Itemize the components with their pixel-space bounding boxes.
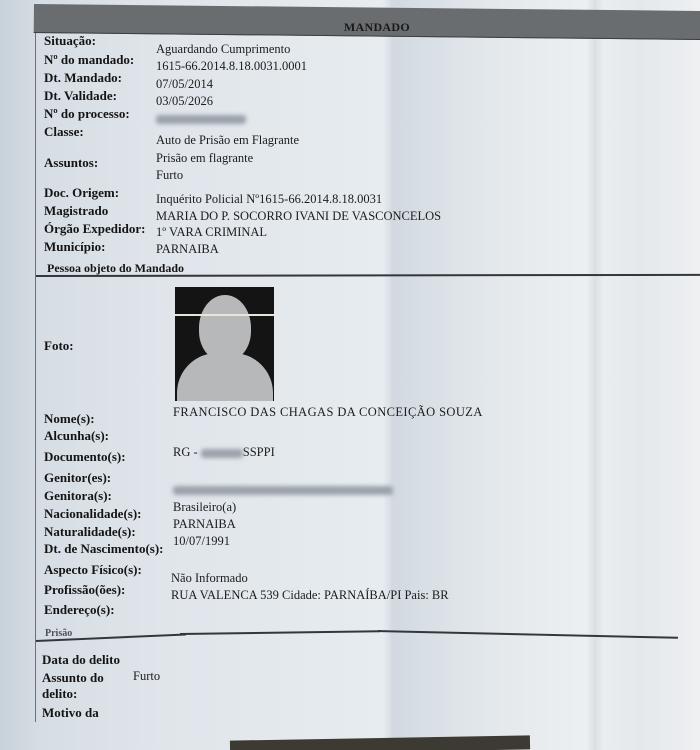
value-nome: FRANCISCO DAS CHAGAS DA CONCEIÇÃO SOUZA [173,405,483,420]
label-classe: Classe: [44,124,84,140]
value-numero-processo-redacted [156,111,246,126]
person-silhouette-icon [175,287,274,401]
label-profissao: Profissão(ões): [44,582,125,598]
documento-suffix: SSPPI [243,445,275,459]
label-motivo: Motivo da [42,705,99,721]
section-title-prisao: Prisão [45,628,72,636]
label-numero-processo: Nº do processo: [44,106,130,122]
label-foto: Foto: [44,338,74,354]
value-assunto-1: Prisão em flagrante [156,151,253,166]
label-documento: Documento(s): [44,449,126,465]
value-naturalidade: PARNAIBA [173,517,236,532]
label-doc-origem: Doc. Origem: [44,185,119,201]
value-nacionalidade: Brasileiro(a) [173,500,236,515]
label-municipio: Município: [44,239,105,255]
value-assunto-2: Furto [156,168,183,183]
label-dt-mandado: Dt. Mandado: [44,70,122,86]
paper-fold [586,0,604,750]
value-orgao-expedidor: 1º VARA CRIMINAL [156,225,267,240]
value-assunto-delito: Furto [133,669,160,684]
label-situacao: Situação: [44,33,96,49]
label-dt-validade: Dt. Validade: [44,88,117,104]
section-title-pessoa: Pessoa objeto do Mandado [47,261,184,276]
value-doc-origem: Inquérito Policial Nº1615-66.2014.8.18.0… [156,192,382,207]
paper-fold [383,0,401,750]
documento-prefix: RG - [173,445,201,459]
label-magistrado: Magistrado [44,203,108,219]
value-municipio: PARNAIBA [156,242,219,257]
label-naturalidade: Naturalidade(s): [44,524,136,540]
label-genitor: Genitor(es): [44,470,111,486]
left-border-line [35,22,36,722]
value-dt-mandado: 07/05/2014 [156,77,213,92]
value-magistrado: MARIA DO P. SOCORRO IVANI DE VASCONCELOS [156,209,441,224]
label-dt-nascimento: Dt. de Nascimento(s): [44,541,164,557]
value-documento: RG - SSPPI [173,445,275,460]
value-genitora-redacted [173,482,393,497]
label-assuntos: Assuntos: [44,155,98,171]
documento-redacted [201,449,243,458]
value-situacao: Aguardando Cumprimento [156,42,290,57]
label-nacionalidade: Nacionalidade(s): [44,506,142,522]
label-assunto-delito: Assunto do [42,670,104,686]
label-data-delito: Data do delito [42,652,120,668]
value-endereco: RUA VALENCA 539 Cidade: PARNAÍBA/PI Pais… [171,588,449,603]
value-numero-mandado: 1615-66.2014.8.18.0031.0001 [156,59,307,74]
value-dt-nascimento: 10/07/1991 [173,534,230,549]
value-profissao: Não Informado [171,571,248,586]
value-classe: Auto de Prisão em Flagrante [156,133,299,148]
label-aspecto-fisico: Aspecto Físico(s): [44,562,142,578]
label-assunto-delito-2: delito: [42,686,77,702]
value-dt-validade: 03/05/2026 [156,94,213,109]
label-endereco: Endereço(s): [44,602,115,618]
label-alcunha: Alcunha(s): [44,428,109,444]
header-title: MANDADO [344,20,410,35]
label-nome: Nome(s): [44,411,95,427]
label-genitora: Genitora(s): [44,488,112,504]
label-orgao-expedidor: Órgão Expedidor: [44,221,145,237]
label-numero-mandado: Nº do mandado: [44,52,134,68]
